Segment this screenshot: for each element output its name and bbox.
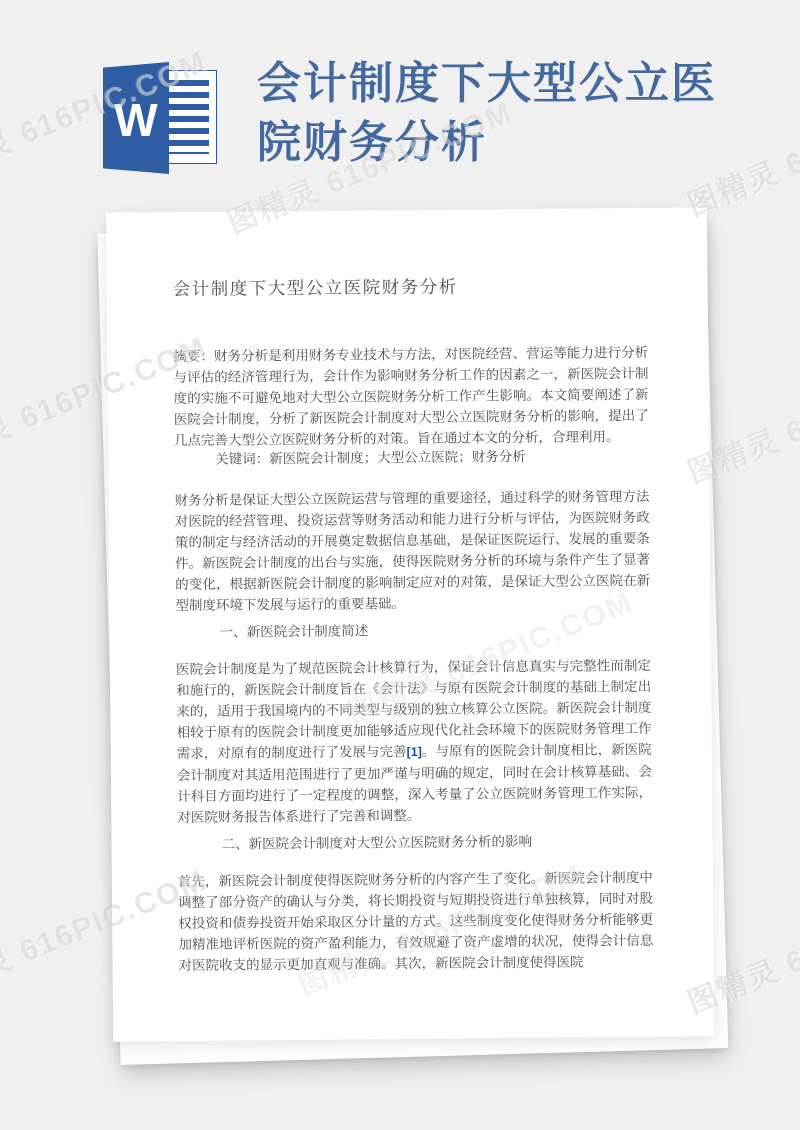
word-icon-cover: W	[103, 62, 169, 174]
abstract-paragraph: 摘要：财务分析是利用财务专业技术与方法，对医院经营、营运等能力进行分析与评估的经…	[173, 342, 649, 451]
header: W 会计制度下大型公立医院财务分析	[103, 55, 729, 174]
page-title: 会计制度下大型公立医院财务分析	[257, 55, 729, 172]
word-icon-letter: W	[114, 93, 157, 143]
reference-mark-1: [1]	[407, 745, 422, 759]
section-heading-2: 二、新医院会计制度对大型公立医院财务分析的影响	[177, 830, 652, 855]
body-paragraph-3: 首先，新医院会计制度使得医院财务分析的内容产生了变化。新医院会计制度中调整了部分…	[178, 867, 654, 976]
section-heading-1: 一、新医院会计制度简述	[176, 618, 651, 643]
word-icon-page	[161, 70, 217, 164]
body-paragraph-2: 医院会计制度是为了规范医院会计核算行为，保证会计信息真实与完整性而制定和施行的，…	[176, 655, 652, 828]
word-icon-text-lines	[169, 80, 209, 154]
word-document-icon: W	[103, 62, 217, 174]
keywords-line: 关键词：新医院会计制度；大型公立医院；财务分析	[174, 445, 649, 470]
body-paragraph-1: 财务分析是保证大型公立医院运营与管理的重要途径，通过科学的财务管理方法对医院的经…	[174, 486, 650, 616]
page: W 会计制度下大型公立医院财务分析 会计制度下大型公立医院财务分析 摘要：财务分…	[0, 0, 800, 1130]
document-page: 会计制度下大型公立医院财务分析 摘要：财务分析是利用财务专业技术与方法，对医院经…	[106, 207, 714, 1041]
document-title: 会计制度下大型公立医院财务分析	[173, 272, 648, 302]
